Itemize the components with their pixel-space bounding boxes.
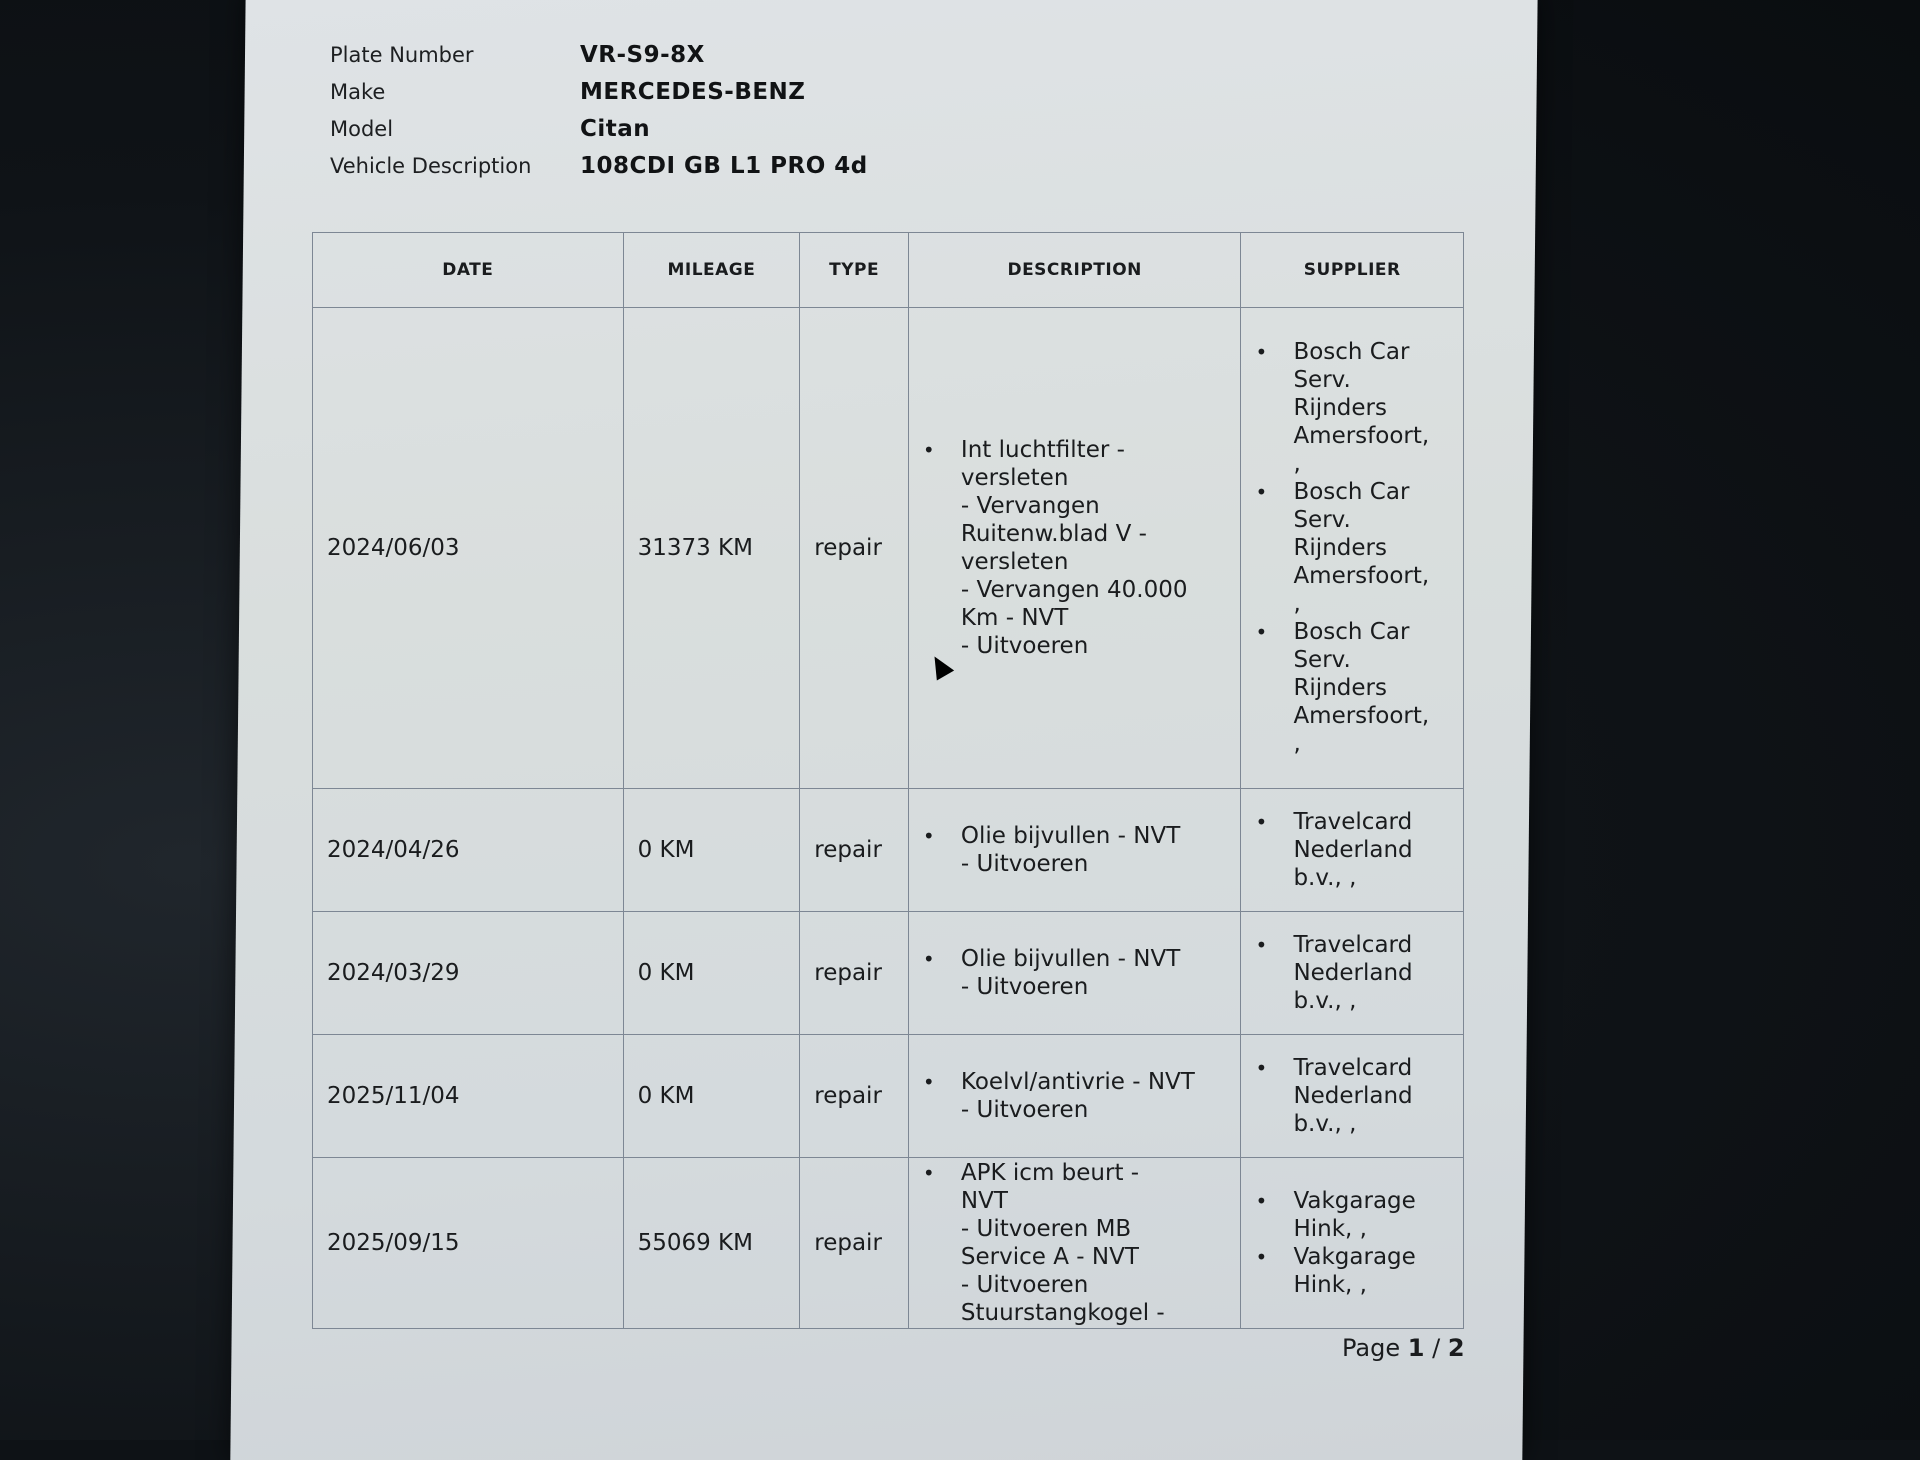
plate-number-value: VR-S9-8X: [580, 42, 705, 68]
header-type: TYPE: [800, 233, 909, 308]
cell-date: 2025/11/04: [313, 1035, 624, 1158]
cell-mileage: 0 KM: [623, 912, 800, 1035]
make-label: Make: [330, 80, 580, 104]
cell-date: 2024/06/03: [313, 308, 624, 789]
table-row: 2025/11/040 KMrepairKoelvl/antivrie - NV…: [313, 1035, 1464, 1158]
cell-supplier-item: Bosch Car Serv. Rijnders Amersfoort, ,: [1255, 478, 1449, 618]
page-label: Page: [1342, 1334, 1400, 1362]
header-mileage: MILEAGE: [623, 233, 800, 308]
table-row: 2024/06/0331373 KMrepairInt luchtfilter …: [313, 308, 1464, 789]
cell-date: 2025/09/15: [313, 1158, 624, 1329]
cell-description-item: Koelvl/antivrie - NVT - Uitvoeren: [923, 1068, 1227, 1124]
header-description: DESCRIPTION: [908, 233, 1241, 308]
cell-supplier-list: Travelcard Nederland b.v., ,: [1255, 1054, 1449, 1138]
vehicle-description-value: 108CDI GB L1 PRO 4d: [580, 153, 868, 179]
current-page: 1: [1408, 1334, 1425, 1362]
table-row: 2024/04/260 KMrepairOlie bijvullen - NVT…: [313, 789, 1464, 912]
table-row: 2024/03/290 KMrepairOlie bijvullen - NVT…: [313, 912, 1464, 1035]
cell-description-item: Int luchtfilter - versleten - Vervangen …: [923, 436, 1227, 660]
cell-mileage: 31373 KM: [623, 308, 800, 789]
cell-type: repair: [800, 912, 909, 1035]
maintenance-history-table: DATE MILEAGE TYPE DESCRIPTION SUPPLIER 2…: [312, 232, 1464, 1329]
cell-type: repair: [800, 308, 909, 789]
cell-description-list: Int luchtfilter - versleten - Vervangen …: [923, 436, 1227, 660]
cell-supplier-item: Travelcard Nederland b.v., ,: [1255, 931, 1449, 1015]
cell-mileage: 0 KM: [623, 789, 800, 912]
cell-supplier-list: Vakgarage Hink, ,Vakgarage Hink, ,: [1255, 1187, 1449, 1299]
cell-description-list: Koelvl/antivrie - NVT - Uitvoeren: [923, 1068, 1227, 1124]
cell-type: repair: [800, 1035, 909, 1158]
page-separator: /: [1432, 1334, 1440, 1362]
cell-description-item: APK icm beurt - NVT - Uitvoeren MB Servi…: [923, 1159, 1227, 1327]
cell-supplier-list: Travelcard Nederland b.v., ,: [1255, 808, 1449, 892]
info-row-description: Vehicle Description 108CDI GB L1 PRO 4d: [330, 147, 868, 184]
header-date: DATE: [313, 233, 624, 308]
cell-description: Olie bijvullen - NVT - Uitvoeren: [908, 789, 1241, 912]
total-pages: 2: [1448, 1334, 1465, 1362]
cell-description: Olie bijvullen - NVT - Uitvoeren: [908, 912, 1241, 1035]
header-supplier: SUPPLIER: [1241, 233, 1464, 308]
cell-description-item: Olie bijvullen - NVT - Uitvoeren: [923, 945, 1227, 1001]
info-row-plate: Plate Number VR-S9-8X: [330, 36, 868, 73]
cell-type: repair: [800, 789, 909, 912]
cell-supplier-item: Vakgarage Hink, ,: [1255, 1187, 1449, 1243]
cell-description-list: Olie bijvullen - NVT - Uitvoeren: [923, 822, 1227, 878]
cell-supplier: Bosch Car Serv. Rijnders Amersfoort, ,Bo…: [1241, 308, 1464, 789]
info-row-model: Model Citan: [330, 110, 868, 147]
cell-description-list: APK icm beurt - NVT - Uitvoeren MB Servi…: [923, 1159, 1227, 1327]
cell-date: 2024/04/26: [313, 789, 624, 912]
cell-mileage: 55069 KM: [623, 1158, 800, 1329]
page-indicator: Page 1 / 2: [1342, 1334, 1465, 1362]
cell-type: repair: [800, 1158, 909, 1329]
table-row: 2025/09/1555069 KMrepairAPK icm beurt - …: [313, 1158, 1464, 1329]
cell-description-list: Olie bijvullen - NVT - Uitvoeren: [923, 945, 1227, 1001]
cell-mileage: 0 KM: [623, 1035, 800, 1158]
model-value: Citan: [580, 116, 650, 142]
cell-supplier-item: Vakgarage Hink, ,: [1255, 1243, 1449, 1299]
cell-description: Koelvl/antivrie - NVT - Uitvoeren: [908, 1035, 1241, 1158]
cell-supplier-item: Travelcard Nederland b.v., ,: [1255, 1054, 1449, 1138]
cell-description: Int luchtfilter - versleten - Vervangen …: [908, 308, 1241, 789]
cell-supplier-item: Bosch Car Serv. Rijnders Amersfoort, ,: [1255, 618, 1449, 758]
cell-supplier: Travelcard Nederland b.v., ,: [1241, 1035, 1464, 1158]
cell-description: APK icm beurt - NVT - Uitvoeren MB Servi…: [908, 1158, 1241, 1329]
cell-supplier-item: Travelcard Nederland b.v., ,: [1255, 808, 1449, 892]
cell-supplier-item: Bosch Car Serv. Rijnders Amersfoort, ,: [1255, 338, 1449, 478]
vehicle-description-label: Vehicle Description: [330, 154, 580, 178]
cell-supplier: Travelcard Nederland b.v., ,: [1241, 789, 1464, 912]
cell-date: 2024/03/29: [313, 912, 624, 1035]
info-row-make: Make MERCEDES-BENZ: [330, 73, 868, 110]
vehicle-info: Plate Number VR-S9-8X Make MERCEDES-BENZ…: [330, 36, 868, 184]
cell-supplier: Travelcard Nederland b.v., ,: [1241, 912, 1464, 1035]
cell-description-item: Olie bijvullen - NVT - Uitvoeren: [923, 822, 1227, 878]
table-header-row: DATE MILEAGE TYPE DESCRIPTION SUPPLIER: [313, 233, 1464, 308]
plate-number-label: Plate Number: [330, 43, 580, 67]
model-label: Model: [330, 117, 580, 141]
cell-supplier-list: Bosch Car Serv. Rijnders Amersfoort, ,Bo…: [1255, 338, 1449, 758]
cell-supplier: Vakgarage Hink, ,Vakgarage Hink, ,: [1241, 1158, 1464, 1329]
cell-supplier-list: Travelcard Nederland b.v., ,: [1255, 931, 1449, 1015]
make-value: MERCEDES-BENZ: [580, 79, 805, 105]
